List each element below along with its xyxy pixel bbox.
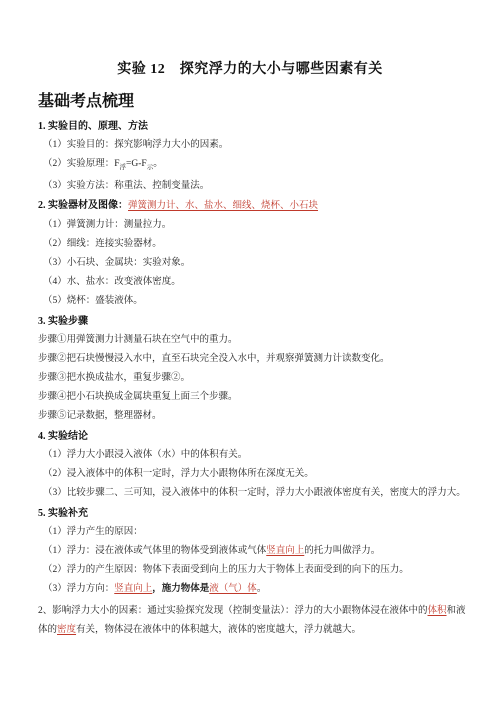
equipment-item-2: （2）细线：连接实验器材。 <box>43 235 466 254</box>
section-3-heading: 3. 实验步骤 <box>38 312 466 331</box>
direction-label: （3）浮力方向： <box>43 584 114 594</box>
step-5-line: 步骤⑤记录数据，整理器材。 <box>38 407 466 426</box>
section-2-equipment-list: 弹簧测力计、水、盐水、细线、烧杯、小石块 <box>128 201 318 211</box>
exp-principle-line: （2）实验原理：F浮=G-F示。 <box>43 155 466 177</box>
step-3-line: 步骤③把水换成盐水，重复步骤②。 <box>38 369 466 388</box>
principle-text-c: 。 <box>153 159 163 169</box>
buoyancy-cause-intro: （1）浮力产生的原因： <box>43 523 466 542</box>
conclusion-item-1: （1）浮力大小跟浸入液体（水）中的体积有关。 <box>43 446 466 465</box>
section-4-heading: 4. 实验结论 <box>38 427 466 446</box>
section-2-label: 2. 实验器材及图像： <box>38 200 128 211</box>
document-title: 实验 12 探究浮力的大小与哪些因素有关 <box>0 0 500 78</box>
exp-purpose-line: （1）实验目的：探究影响浮力大小的因素。 <box>43 136 466 155</box>
section-2-heading: 2. 实验器材及图像：弹簧测力计、水、盐水、细线、烧杯、小石块 <box>38 196 466 216</box>
conclusion-item-3: （3）比较步骤二、三可知，浸入液体中的体积一定时，浮力大小跟液体密度有关，密度大… <box>43 484 466 503</box>
factors-density: 密度 <box>57 625 76 635</box>
equipment-item-3: （3）小石块、金属块：实验对象。 <box>43 254 466 273</box>
step-2-line: 步骤②把石块慢慢浸入水中，直至石块完全没入水中，并观察弹簧测力计读数变化。 <box>38 350 466 369</box>
factors-text-c: 体的 <box>38 625 57 635</box>
factors-paragraph-line-2: 体的密度有关，物体浸在液体中的体积越大，液体的密度越大，浮力就越大。 <box>38 621 466 640</box>
equipment-item-4: （4）水、盐水：改变液体密度。 <box>43 273 466 292</box>
main-heading: 基础考点梳理 <box>38 88 500 111</box>
factors-volume: 体积 <box>428 606 447 616</box>
buoyancy-definition-line: （1）浮力：浸在液体或气体里的物体受到液体或气体竖直向上的托力叫做浮力。 <box>43 542 466 561</box>
step-4-line: 步骤④把小石块换成金属块重复上面三个步骤。 <box>38 388 466 407</box>
buoyancy-def-direction: 竖直向上 <box>266 546 304 556</box>
direction-value: 竖直向上 <box>114 584 152 594</box>
section-5-heading: 5. 实验补充 <box>38 504 466 523</box>
principle-text-b: =G-F <box>126 159 147 169</box>
buoyancy-direction-line: （3）浮力方向：竖直向上，施力物体是液（气）体。 <box>43 580 466 599</box>
buoyancy-cause-line: （2）浮力的产生原因：物体下表面受到向上的压力大于物体上表面受到的向下的压力。 <box>43 561 466 580</box>
factors-text-a: 2、影响浮力大小的因素：通过实验探究发现（控制变量法）：浮力的大小跟物体浸在液体… <box>38 606 428 616</box>
buoyancy-def-b: 的托力叫做浮力。 <box>304 546 380 556</box>
principle-text-a: （2）实验原理：F <box>43 159 120 169</box>
direction-force-body-label: ，施力物体是 <box>152 584 209 594</box>
exp-method-line: （3）实验方法：称重法、控制变量法。 <box>43 177 466 196</box>
buoyancy-def-a: （1）浮力：浸在液体或气体里的物体受到液体或气体 <box>43 546 266 556</box>
conclusion-item-2: （2）浸入液体中的体积一定时，浮力大小跟物体所在深度无关。 <box>43 465 466 484</box>
factors-paragraph-line-1: 2、影响浮力大小的因素：通过实验探究发现（控制变量法）：浮力的大小跟物体浸在液体… <box>38 602 466 621</box>
direction-force-body-value: 液（气）体 <box>209 584 257 594</box>
factors-text-b: 和液 <box>447 606 466 616</box>
equipment-item-1: （1）弹簧测力计：测量拉力。 <box>43 216 466 235</box>
section-1-heading: 1. 实验目的、原理、方法 <box>38 117 466 136</box>
step-1-line: 步骤①用弹簧测力计测量石块在空气中的重力。 <box>38 331 466 350</box>
factors-text-d: 有关，物体浸在液体中的体积越大，液体的密度越大，浮力就越大。 <box>76 625 361 635</box>
document-page: 实验 12 探究浮力的大小与哪些因素有关 基础考点梳理 1. 实验目的、原理、方… <box>0 0 500 707</box>
equipment-item-5: （5）烧杯：盛装液体。 <box>43 292 466 311</box>
direction-period: 。 <box>257 584 267 594</box>
